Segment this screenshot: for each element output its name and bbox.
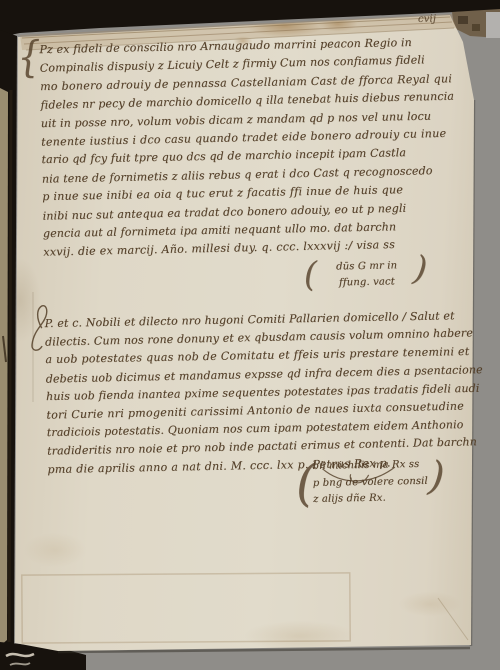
manuscript-photo: cvij { Pz ex fideli de conscilio nro Arn… [0, 0, 500, 670]
entry-1-text-block: Pz ex fideli de conscilio nro Arnaugaudo… [39, 33, 463, 262]
note-open-paren: ( [303, 258, 317, 292]
text-line: z alijs dñe Rx. [313, 490, 431, 509]
text-line: dūs G mr in [319, 258, 415, 276]
note-close-paren: ) [411, 251, 428, 286]
text-line: ffung. vact [319, 274, 415, 292]
folio-number: cvij [418, 14, 436, 25]
marginal-brace: { [17, 37, 41, 80]
entry-2-text-block: P. et c. Nobili et dilecto nro hugoni Co… [45, 307, 472, 479]
ink-layer: cvij { Pz ex fideli de conscilio nro Arn… [0, 0, 500, 670]
note-bottom-text: bñ michilis ma Rx ssp bng de volere cons… [312, 457, 431, 509]
text-line: p bng de volere consil [313, 473, 431, 492]
registrar-note-bottom: ( bñ michilis ma Rx ssp bng de volere co… [312, 457, 431, 509]
note-between-text: dūs G mr inffung. vact [319, 258, 416, 292]
registrar-note-between: ( dūs G mr inffung. vact ) [319, 258, 416, 292]
bottom-note-open-paren: ( [295, 458, 316, 508]
bottom-note-close-paren: ) [427, 456, 446, 497]
text-line: bñ michilis ma Rx ss [312, 457, 430, 476]
